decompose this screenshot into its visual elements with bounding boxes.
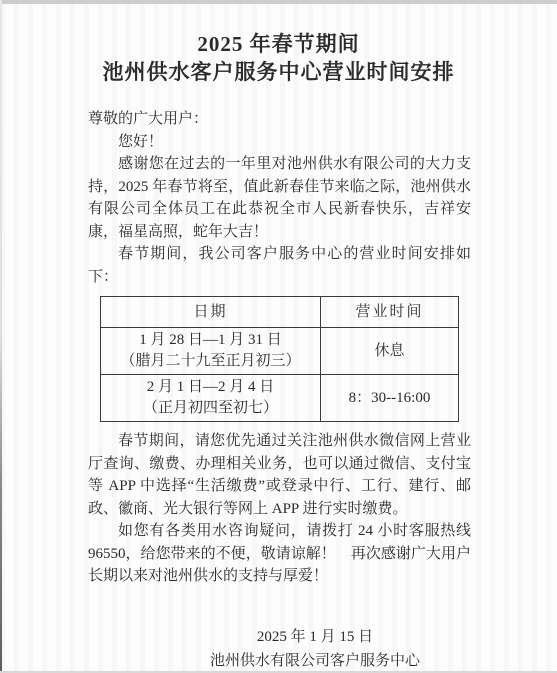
business-hours-table: 日期 营业时间 1 月 28 日—1 月 31 日 （腊月二十九至正月初三） 休… (100, 296, 459, 422)
table-header-hours: 营业时间 (321, 297, 459, 328)
notice-title-line1: 2025 年春节期间 (0, 30, 557, 58)
paragraph-hotline: 如您有各类用水咨询疑问，请拨打 24 小时客服热线 96550，给您带来的不便，… (88, 520, 471, 588)
paragraph-online-payment: 春节期间，请您优先通过关注池州供水微信网上营业厅查询、缴费、办理相关业务，也可以… (88, 430, 471, 520)
lunar-date-range: （腊月二十九至正月初三） (101, 351, 320, 372)
greeting: 您好！ (88, 131, 471, 154)
table-cell-hours: 8：30--16:00 (321, 375, 459, 422)
notice-signature: 池州供水有限公司客户服务中心 (155, 650, 475, 673)
paragraph-thanks: 感谢您在过去的一年里对池州供水有限公司的大力支持，2025 年春节将至，值此新春… (88, 153, 471, 243)
scan-artifact-top-band (0, 0, 557, 4)
paragraph-schedule-intro: 春节期间，我公司客户服务中心的营业时间安排如下： (88, 243, 471, 288)
table-cell-date: 2 月 1 日—2 月 4 日 （正月初四至初七） (101, 375, 321, 422)
table-header-date: 日期 (101, 297, 321, 328)
notice-title-line2: 池州供水客户服务中心营业时间安排 (0, 58, 557, 86)
table-cell-hours: 休息 (321, 328, 459, 375)
lunar-date-range: （正月初四至初七） (101, 398, 320, 419)
notice-title: 2025 年春节期间 池州供水客户服务中心营业时间安排 (0, 0, 557, 86)
notice-body: 尊敬的广大用户： 您好！ 感谢您在过去的一年里对池州供水有限公司的大力支持，20… (0, 108, 557, 673)
scanned-notice-page: 2025 年春节期间 池州供水客户服务中心营业时间安排 尊敬的广大用户： 您好！… (0, 0, 557, 673)
scan-artifact-left-edge (0, 0, 2, 673)
date-range: 2 月 1 日—2 月 4 日 (101, 377, 320, 398)
table-row: 2 月 1 日—2 月 4 日 （正月初四至初七） 8：30--16:00 (101, 375, 459, 422)
salutation: 尊敬的广大用户： (88, 108, 471, 131)
date-range: 1 月 28 日—1 月 31 日 (101, 330, 320, 351)
notice-date: 2025 年 1 月 15 日 (155, 626, 475, 649)
table-header-row: 日期 营业时间 (101, 297, 459, 328)
table-row: 1 月 28 日—1 月 31 日 （腊月二十九至正月初三） 休息 (101, 328, 459, 375)
signoff-block: 2025 年 1 月 15 日 池州供水有限公司客户服务中心 (155, 626, 475, 673)
table-cell-date: 1 月 28 日—1 月 31 日 （腊月二十九至正月初三） (101, 328, 321, 375)
